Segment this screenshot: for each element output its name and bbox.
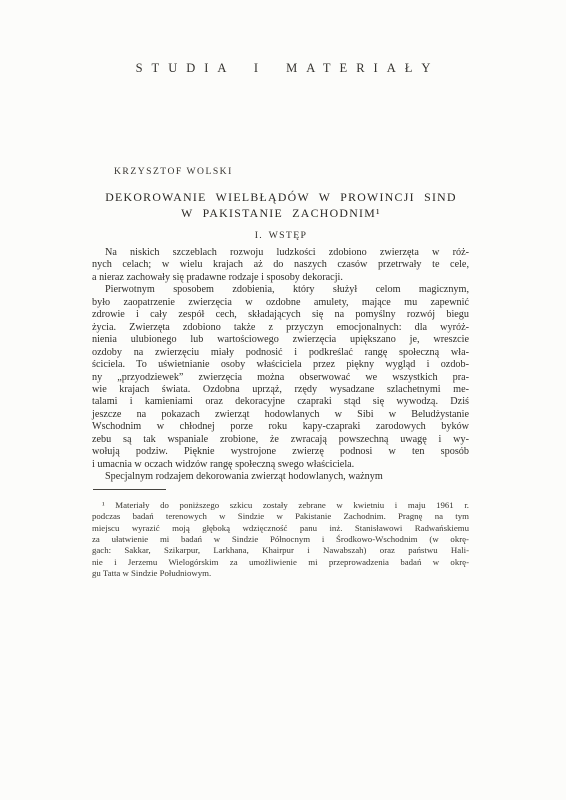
body-text-line: Specjalnym rodzajem dekorowania zwierząt…: [92, 471, 469, 483]
body-text-line: talami i kamieniami oraz dekoracyjne cza…: [92, 396, 469, 408]
body-text-line: nienia ulubionego lub wartościowego zwie…: [92, 334, 469, 346]
section-heading: I. WSTĘP: [92, 230, 470, 241]
running-head: STUDIA I MATERIAŁY: [0, 61, 566, 76]
body-text-line: zdrowie i cały zespół cech, składających…: [92, 309, 469, 321]
body-text: Na niskich szczeblach rozwoju ludzkości …: [92, 247, 469, 484]
footnote-line: gu Tatta w Sindzie Południowym.: [92, 568, 469, 579]
body-text-line: nych celach; w wielu krajach aż do naszy…: [92, 259, 469, 271]
footnote: ¹ Materiały do poniższego szkicu zostały…: [92, 500, 469, 579]
body-text-line: Pierwotnym sposobem zdobienia, który słu…: [92, 284, 469, 296]
footnote-line: podczas badań terenowych w Sindzie w Pak…: [92, 511, 469, 522]
footnote-line: gach: Sakkar, Szikarpur, Larkhana, Khair…: [92, 545, 469, 556]
article-title-line-2: W PAKISTANIE ZACHODNIM¹: [92, 206, 470, 222]
body-text-line: jeszcze na pokazach zwierząt hodowlanych…: [92, 409, 469, 421]
footnote-line: miejscu wyrazić moją głęboką wdzięczność…: [92, 523, 469, 534]
author-name: KRZYSZTOF WOLSKI: [114, 166, 233, 177]
article-title: DEKOROWANIE WIELBŁĄDÓW W PROWINCJI SIND …: [92, 190, 470, 221]
body-text-line: i umacnia w oczach widzów rangę społeczn…: [92, 459, 469, 471]
footnote-line: ¹ Materiały do poniższego szkicu zostały…: [92, 500, 469, 511]
body-text-line: ny „przyodziewek” zwierzęcia można obser…: [92, 372, 469, 384]
footnote-rule: [93, 489, 166, 490]
body-text-line: życia. Zwierzęta zdobiono także z przycz…: [92, 322, 469, 334]
body-text-line: wie krajach świata. Ozdobna uprząż, rzęd…: [92, 384, 469, 396]
body-text-line: ściciela. To uświetnianie osoby właścici…: [92, 359, 469, 371]
body-text-line: zebu są tak wspaniale zrobione, że zwrac…: [92, 434, 469, 446]
footnote-line: za ułatwienie mi badań w Sindzie Północn…: [92, 534, 469, 545]
document-page: STUDIA I MATERIAŁY KRZYSZTOF WOLSKI DEKO…: [0, 0, 566, 800]
body-text-line: ozdoby na zwierzęciu miały podnosić i po…: [92, 347, 469, 359]
article-title-line-1: DEKOROWANIE WIELBŁĄDÓW W PROWINCJI SIND: [92, 190, 470, 206]
body-text-line: Wschodnim w chłodnej porze roku kapy-cza…: [92, 421, 469, 433]
body-text-line: a nieraz zachowały się pradawne rodzaje …: [92, 272, 469, 284]
body-text-line: Na niskich szczeblach rozwoju ludzkości …: [92, 247, 469, 259]
body-text-line: było zaopatrzenie zwierzęcia w ozdobne a…: [92, 297, 469, 309]
footnote-line: nie i Jerzemu Wielogórskim za umożliwien…: [92, 557, 469, 568]
body-text-line: wołują podziw. Pięknie wystrojone zwierz…: [92, 446, 469, 458]
